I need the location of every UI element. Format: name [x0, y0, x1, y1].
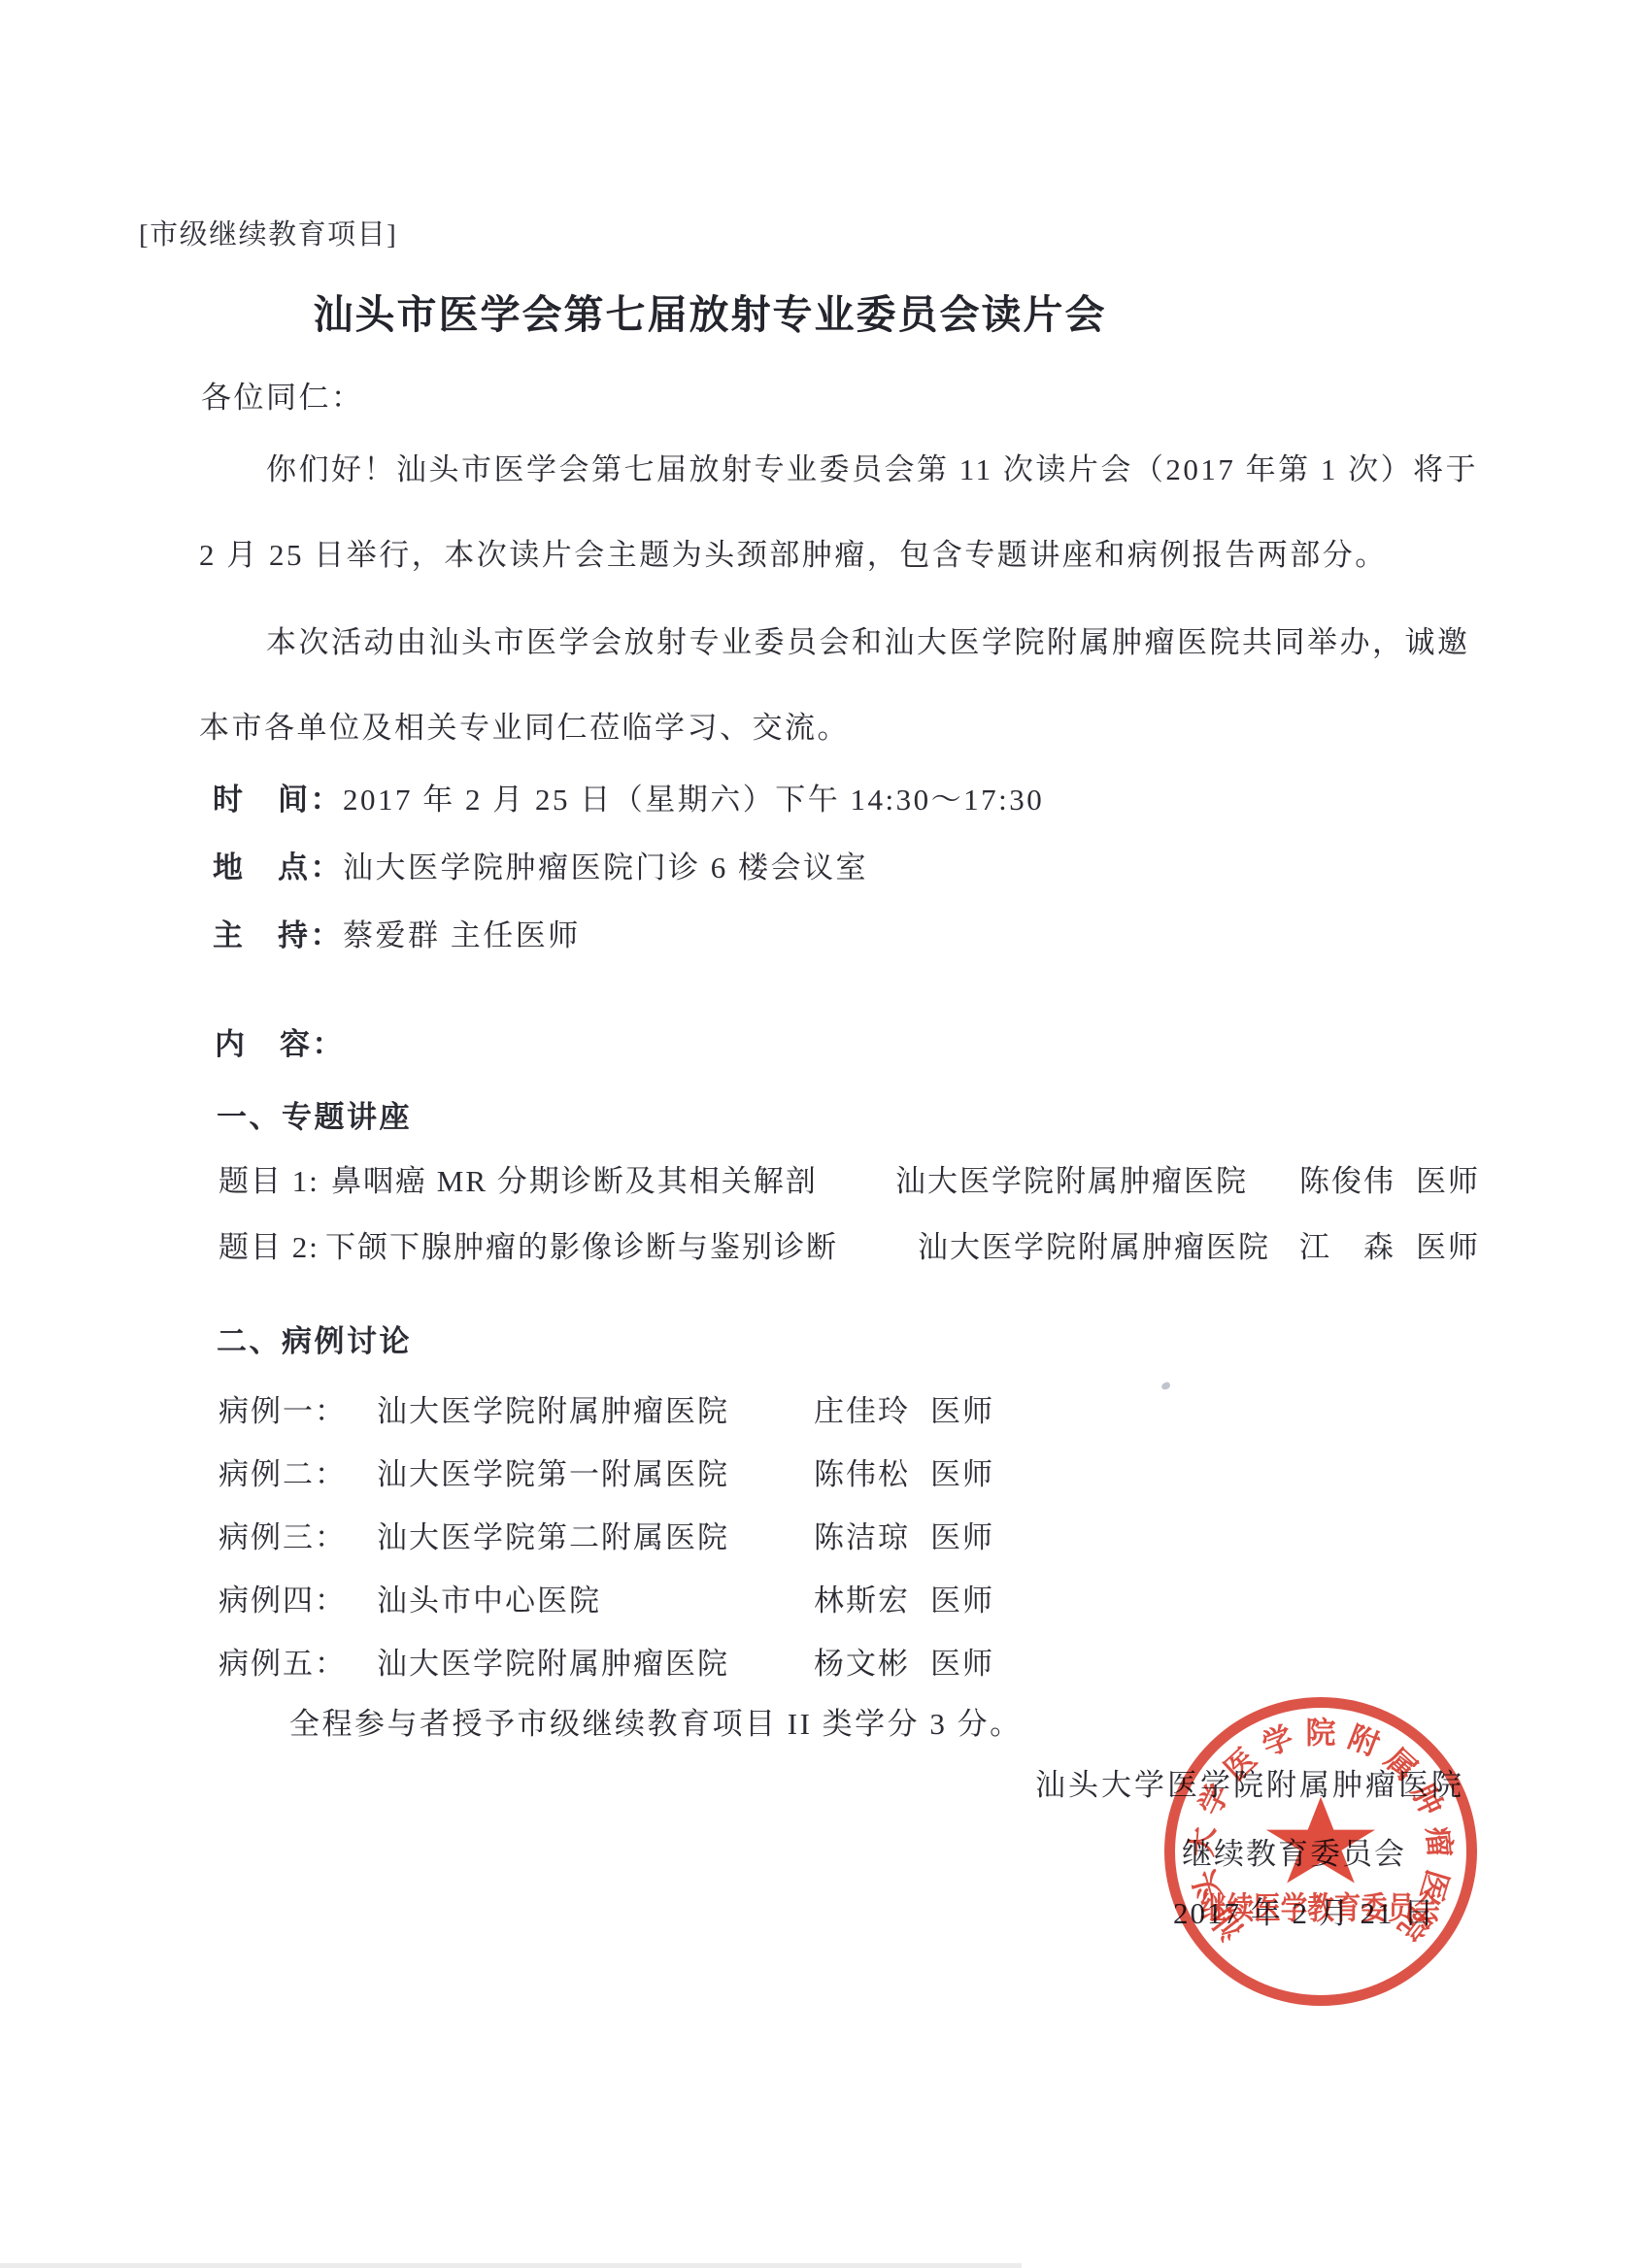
case-doctor-role: 医师: [930, 1386, 994, 1430]
document-title: 汕头市医学会第七届放射专业委员会读片会: [97, 283, 1323, 340]
scan-edge-shadow: [0, 2263, 1022, 2268]
seal-arc-char: 附: [1344, 1721, 1383, 1760]
case-hospital: 汕大医学院附属肿瘤医院: [377, 1386, 729, 1430]
meta-host-row: 主 持：蔡爱群 主任医师: [213, 918, 581, 953]
case-hospital: 汕头市中心医院: [377, 1576, 601, 1619]
case-label: 病例四：: [218, 1576, 347, 1619]
case-hospital: 汕大医学院第一附属医院: [377, 1450, 729, 1493]
host-label: 主 持：: [213, 918, 343, 952]
case-doctor-role: 医师: [930, 1639, 994, 1683]
case-doctor-role: 医师: [930, 1513, 994, 1556]
case-doctor: 陈伟松: [814, 1450, 910, 1493]
project-tag: [市级继续教育项目]: [139, 213, 397, 252]
content-heading: 内 容：: [215, 1027, 345, 1062]
topic-doctor: 江 森: [1299, 1222, 1395, 1266]
topic-label: 题目 1:: [218, 1156, 319, 1200]
topic-label: 题目 2:: [218, 1222, 319, 1266]
topic-title: 下颌下腺肿瘤的影像诊断与鉴别诊断: [325, 1222, 838, 1266]
case-hospital: 汕大医学院附属肿瘤医院: [377, 1639, 729, 1683]
credit-line: 全程参与者授予市级继续教育项目 II 类学分 3 分。: [289, 1707, 1023, 1742]
section1-heading: 一、专题讲座: [217, 1100, 412, 1135]
case-doctor: 杨文彬: [814, 1639, 910, 1683]
signature-org-line1: 汕头大学医学院附属肿瘤医院: [1035, 1768, 1464, 1803]
case-doctor: 林斯宏: [814, 1576, 910, 1619]
document-page: [市级继续教育项目] 汕头市医学会第七届放射专业委员会读片会 各位同仁： 你们好…: [0, 0, 1647, 2268]
seal-arc-char: 院: [1306, 1718, 1336, 1749]
topic-doctor-role: 医师: [1416, 1156, 1480, 1200]
section2-heading: 二、病例讨论: [217, 1324, 412, 1359]
topic-doctor-role: 医师: [1416, 1222, 1480, 1266]
signature-org-line2: 继续教育委员会: [1182, 1837, 1406, 1872]
case-label: 病例一：: [218, 1386, 347, 1430]
paragraph2-line2: 本市各单位及相关专业同仁莅临学习、交流。: [199, 711, 850, 746]
greeting-line: 各位同仁：: [201, 381, 364, 416]
seal-arc-char: 学: [1259, 1721, 1297, 1760]
case-doctor-role: 医师: [930, 1450, 994, 1493]
case-doctor: 陈洁琼: [814, 1513, 910, 1556]
topic-title: 鼻咽癌 MR 分期诊断及其相关解剖: [331, 1156, 818, 1200]
case-label: 病例五：: [218, 1639, 347, 1683]
case-doctor: 庄佳玲: [814, 1386, 910, 1430]
place-value: 汕大医学院肿瘤医院门诊 6 楼会议室: [343, 850, 868, 884]
meta-time-row: 时 间：2017 年 2 月 25 日（星期六）下午 14:30～17:30: [213, 783, 1044, 817]
paragraph2-line1: 本次活动由汕头市医学会放射专业委员会和汕大医学院附属肿瘤医院共同举办，诚邀: [266, 625, 1470, 660]
time-label: 时 间：: [213, 783, 343, 817]
meta-place-row: 地 点：汕大医学院肿瘤医院门诊 6 楼会议室: [213, 850, 868, 885]
case-label: 病例二：: [218, 1450, 347, 1493]
topic-doctor: 陈俊伟: [1299, 1156, 1395, 1200]
topic-hospital: 汕大医学院附属肿瘤医院: [895, 1156, 1248, 1200]
time-value: 2017 年 2 月 25 日（星期六）下午 14:30～17:30: [343, 783, 1044, 817]
place-label: 地 点：: [213, 850, 343, 884]
host-value: 蔡爱群 主任医师: [343, 918, 581, 952]
scan-speck: [1160, 1382, 1171, 1391]
signature-date: 2017 年 2 月 21 日: [1173, 1896, 1435, 1931]
seal-arc-char: 瘤: [1423, 1825, 1455, 1857]
case-hospital: 汕大医学院第二附属医院: [377, 1513, 729, 1556]
case-doctor-role: 医师: [930, 1576, 994, 1619]
paragraph1-line2: 2 月 25 日举行，本次读片会主题为头颈部肿瘤，包含专题讲座和病例报告两部分。: [199, 538, 1388, 573]
topic-hospital: 汕大医学院附属肿瘤医院: [918, 1222, 1270, 1266]
case-label: 病例三：: [218, 1513, 347, 1556]
paragraph1-line1: 你们好！汕头市医学会第七届放射专业委员会第 11 次读片会（2017 年第 1 …: [266, 452, 1478, 487]
